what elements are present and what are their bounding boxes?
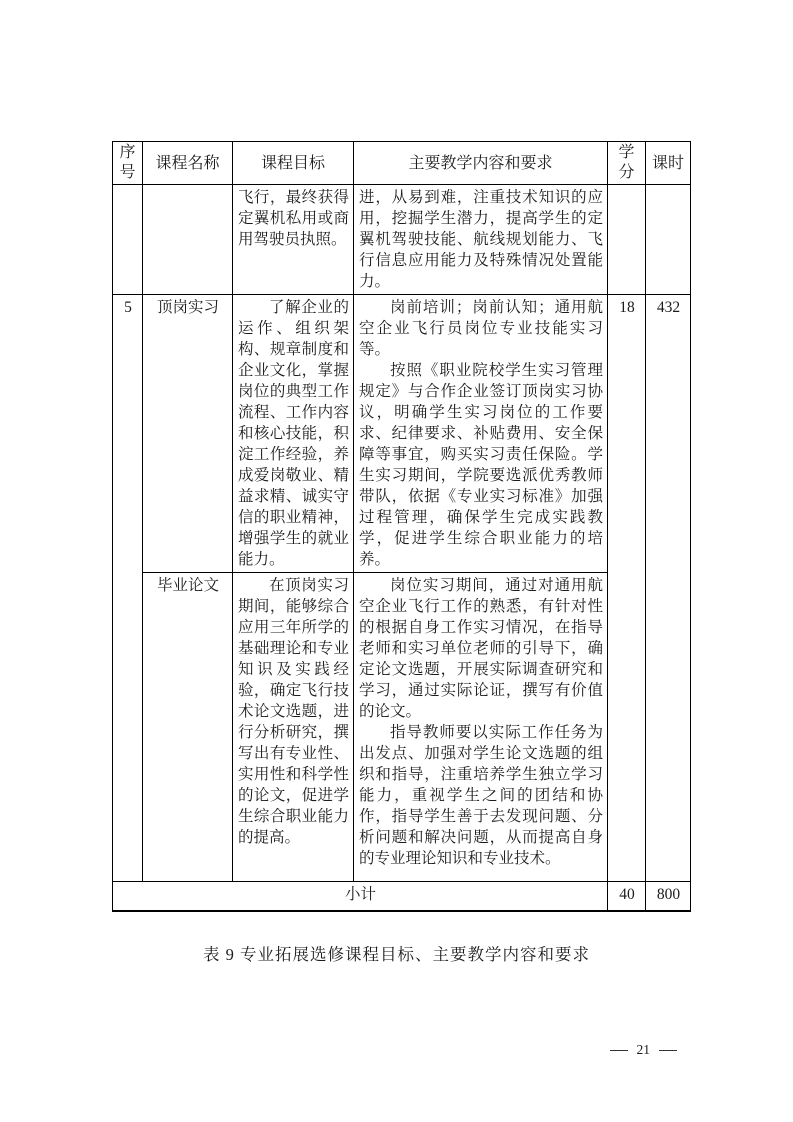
col-header-credits-label: 学分 xyxy=(618,143,635,183)
cell-objective-continuation: 飞行，最终获得定翼机私用或商用驾驶员执照。 xyxy=(233,185,354,295)
page-number: 21 xyxy=(610,1042,678,1058)
cell-objective-internship: 了解企业的运作、组织架构、规章制度和企业文化，掌握岗位的典型工作流程、工作内容和… xyxy=(233,295,354,573)
col-header-content: 主要教学内容和要求 xyxy=(354,142,608,185)
table-caption: 表 9 专业拓展选修课程目标、主要教学内容和要求 xyxy=(0,941,793,965)
col-header-hours: 课时 xyxy=(646,142,691,185)
page-number-dash-left xyxy=(610,1050,628,1051)
course-table: 序号 课程名称 课程目标 主要教学内容和要求 学分 课时 飞行，最终获得定翼机私… xyxy=(112,141,691,912)
col-header-no: 序号 xyxy=(113,142,143,185)
col-header-objective: 课程目标 xyxy=(233,142,354,185)
cell-course-name-empty xyxy=(143,185,233,295)
cell-credits-empty xyxy=(608,185,646,295)
cell-hours-empty xyxy=(646,185,691,295)
cell-course-name-thesis: 毕业论文 xyxy=(143,573,233,882)
cell-subtotal-hours: 800 xyxy=(646,882,691,911)
col-header-no-label: 序号 xyxy=(119,143,136,183)
table-header-row: 序号 课程名称 课程目标 主要教学内容和要求 学分 课时 xyxy=(113,142,691,185)
cell-subtotal-label: 小计 xyxy=(113,882,608,911)
cell-content-continuation: 进，从易到难，注重技术知识的应用，挖掘学生潜力，提高学生的定翼机驾驶技能、航线规… xyxy=(354,185,608,295)
col-header-course-name: 课程名称 xyxy=(143,142,233,185)
cell-no-empty xyxy=(113,185,143,295)
cell-course-name-internship: 顶岗实习 xyxy=(143,295,233,573)
table-row-subtotal: 小计 40 800 xyxy=(113,882,691,911)
cell-objective-thesis: 在顶岗实习期间，能够综合应用三年所学的基础理论和专业知识及实践经验，确定飞行技术… xyxy=(233,573,354,882)
document-page: 序号 课程名称 课程目标 主要教学内容和要求 学分 课时 飞行，最终获得定翼机私… xyxy=(0,0,793,1122)
page-number-dash-right xyxy=(659,1050,677,1051)
table-row-internship: 5 顶岗实习 了解企业的运作、组织架构、规章制度和企业文化，掌握岗位的典型工作流… xyxy=(113,295,691,573)
cell-hours: 432 xyxy=(646,295,691,882)
cell-content-internship: 岗前培训；岗前认知；通用航空企业飞行员岗位专业技能实习等。 按照《职业院校学生实… xyxy=(354,295,608,573)
table-row-continuation: 飞行，最终获得定翼机私用或商用驾驶员执照。 进，从易到难，注重技术知识的应用，挖… xyxy=(113,185,691,295)
col-header-credits: 学分 xyxy=(608,142,646,185)
cell-credits: 18 xyxy=(608,295,646,882)
table-row-thesis: 毕业论文 在顶岗实习期间，能够综合应用三年所学的基础理论和专业知识及实践经验，确… xyxy=(113,573,691,882)
cell-content-thesis: 岗位实习期间，通过对通用航空企业飞行工作的熟悉，有针对性的根据自身工作实习情况，… xyxy=(354,573,608,882)
cell-subtotal-credits: 40 xyxy=(608,882,646,911)
page-number-value: 21 xyxy=(637,1042,651,1058)
cell-row-no: 5 xyxy=(113,295,143,882)
